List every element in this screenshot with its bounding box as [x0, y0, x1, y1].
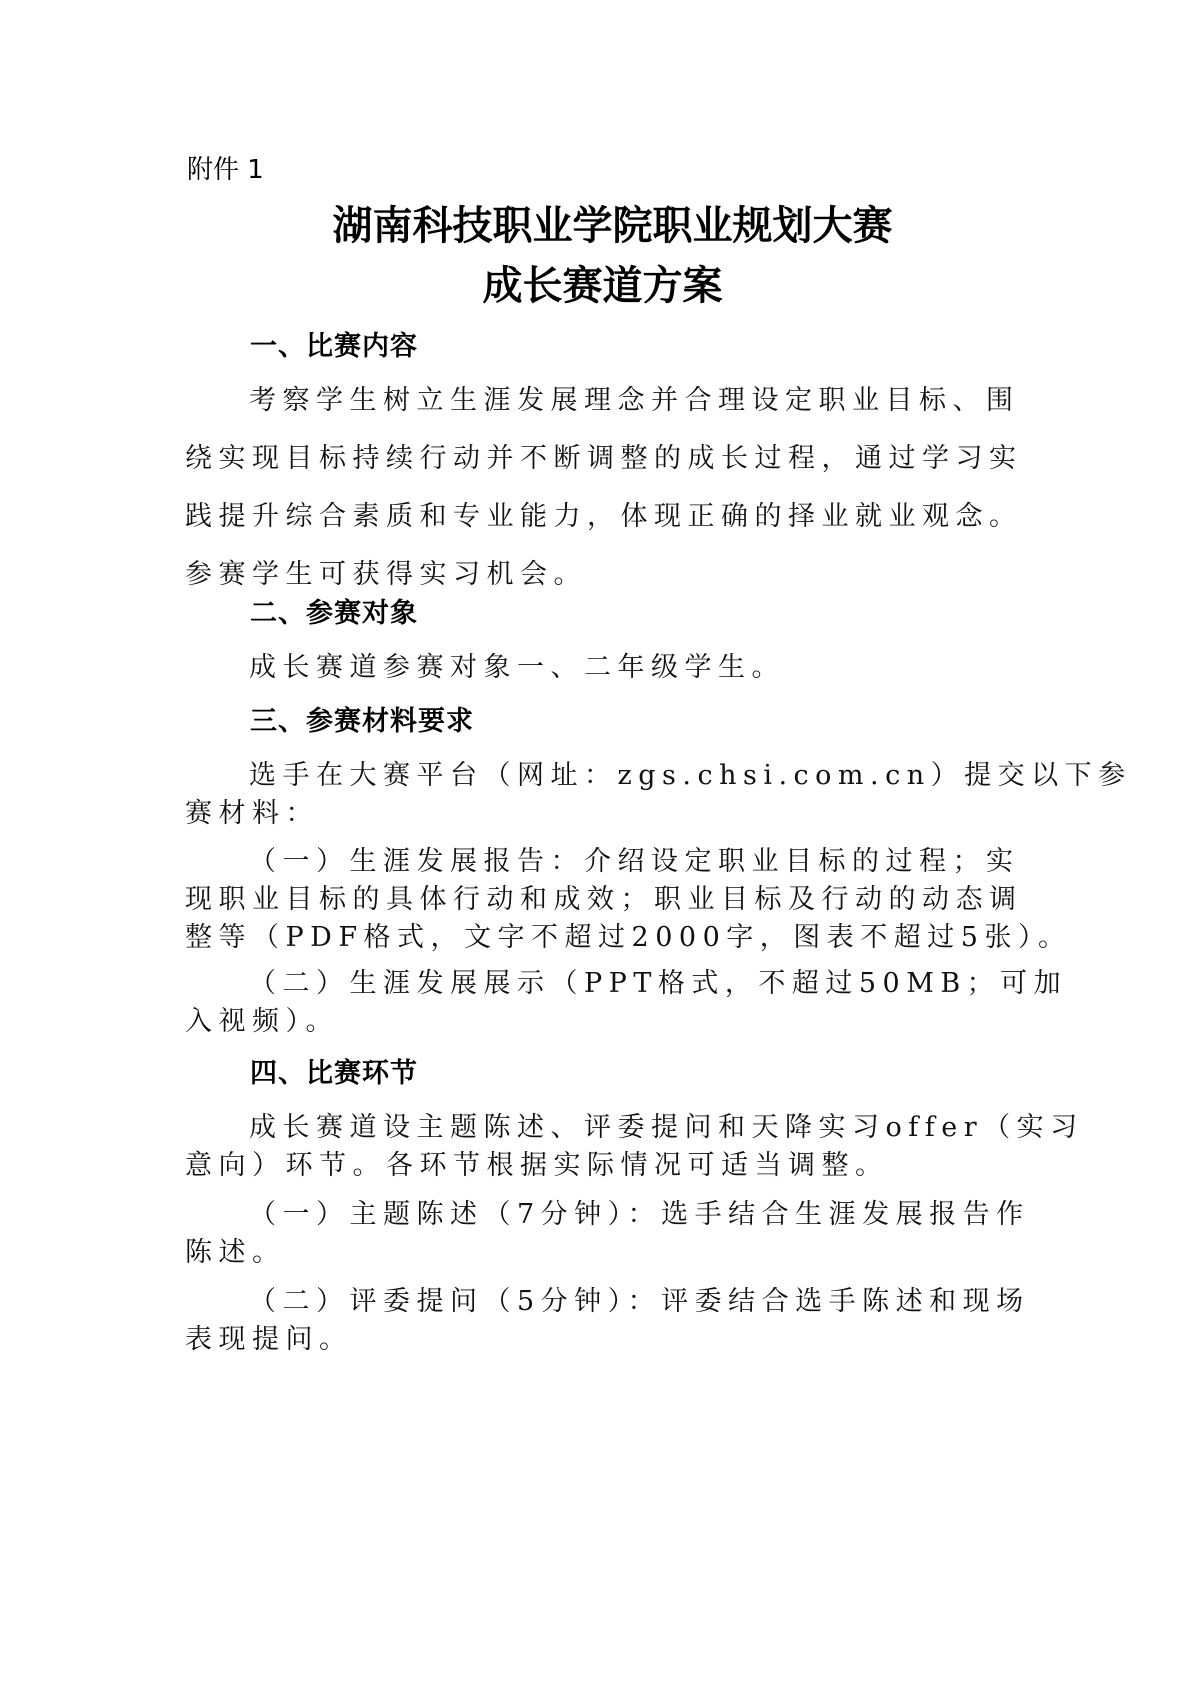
paragraph-line: 成长赛道参赛对象一、二年级学生。 — [185, 639, 1015, 697]
paragraph-line: 意向）环节。各环节根据实际情况可适当调整。 — [185, 1147, 1015, 1185]
section-4-paragraph-3: （二）评委提问（5分钟）：评委结合选手陈述和现场 表现提问。 — [185, 1283, 1015, 1359]
paragraph-line: 整等（PDF格式，文字不超过2000字，图表不超过5张）。 — [185, 919, 1015, 957]
paragraph-line: 绕实现目标持续行动并不断调整的成长过程，通过学习实 — [185, 430, 1015, 488]
paragraph-line: （二）生涯发展展示（PPT格式，不超过50MB；可加 — [185, 965, 1015, 1003]
section-2-paragraph-1: 成长赛道参赛对象一、二年级学生。 — [185, 639, 1015, 697]
document-title-line-1: 湖南科技职业学院职业规划大赛 — [17, 198, 1191, 254]
section-3-paragraph-2: （一）生涯发展报告：介绍设定职业目标的过程；实 现职业目标的具体行动和成效；职业… — [185, 843, 1015, 957]
section-4-paragraph-1: 成长赛道设主题陈述、评委提问和天降实习offer（实习 意向）环节。各环节根据实… — [185, 1109, 1015, 1185]
section-heading-2: 二、参赛对象 — [250, 594, 418, 634]
document-title-line-2: 成长赛道方案 — [7, 258, 1191, 314]
attachment-label: 附件 1 — [187, 152, 264, 188]
section-3-paragraph-1: 选手在大赛平台（网址：zgs.chsi.com.cn）提交以下参 赛材料： — [185, 757, 1015, 833]
paragraph-line: 选手在大赛平台（网址：zgs.chsi.com.cn）提交以下参 — [185, 757, 1015, 795]
paragraph-line: 陈述。 — [185, 1234, 1015, 1272]
paragraph-line: 考察学生树立生涯发展理念并合理设定职业目标、围 — [185, 372, 1015, 430]
section-1-paragraph-1: 考察学生树立生涯发展理念并合理设定职业目标、围 绕实现目标持续行动并不断调整的成… — [185, 372, 1015, 604]
document-page: 附件 1 湖南科技职业学院职业规划大赛 成长赛道方案 一、比赛内容 考察学生树立… — [0, 0, 1191, 1684]
paragraph-line: （一）生涯发展报告：介绍设定职业目标的过程；实 — [185, 843, 1015, 881]
paragraph-line: 表现提问。 — [185, 1321, 1015, 1359]
section-4-paragraph-2: （一）主题陈述（7分钟）：选手结合生涯发展报告作 陈述。 — [185, 1196, 1015, 1272]
paragraph-line: 践提升综合素质和专业能力，体现正确的择业就业观念。 — [185, 488, 1015, 546]
section-heading-3: 三、参赛材料要求 — [250, 702, 474, 742]
paragraph-line: 赛材料： — [185, 795, 1015, 833]
paragraph-line: （一）主题陈述（7分钟）：选手结合生涯发展报告作 — [185, 1196, 1015, 1234]
paragraph-line: 入视频）。 — [185, 1003, 1015, 1041]
paragraph-line: 成长赛道设主题陈述、评委提问和天降实习offer（实习 — [185, 1109, 1015, 1147]
section-3-paragraph-3: （二）生涯发展展示（PPT格式，不超过50MB；可加 入视频）。 — [185, 965, 1015, 1041]
paragraph-line: 现职业目标的具体行动和成效；职业目标及行动的动态调 — [185, 881, 1015, 919]
section-heading-4: 四、比赛环节 — [250, 1054, 418, 1094]
section-heading-1: 一、比赛内容 — [250, 327, 418, 367]
paragraph-line: （二）评委提问（5分钟）：评委结合选手陈述和现场 — [185, 1283, 1015, 1321]
